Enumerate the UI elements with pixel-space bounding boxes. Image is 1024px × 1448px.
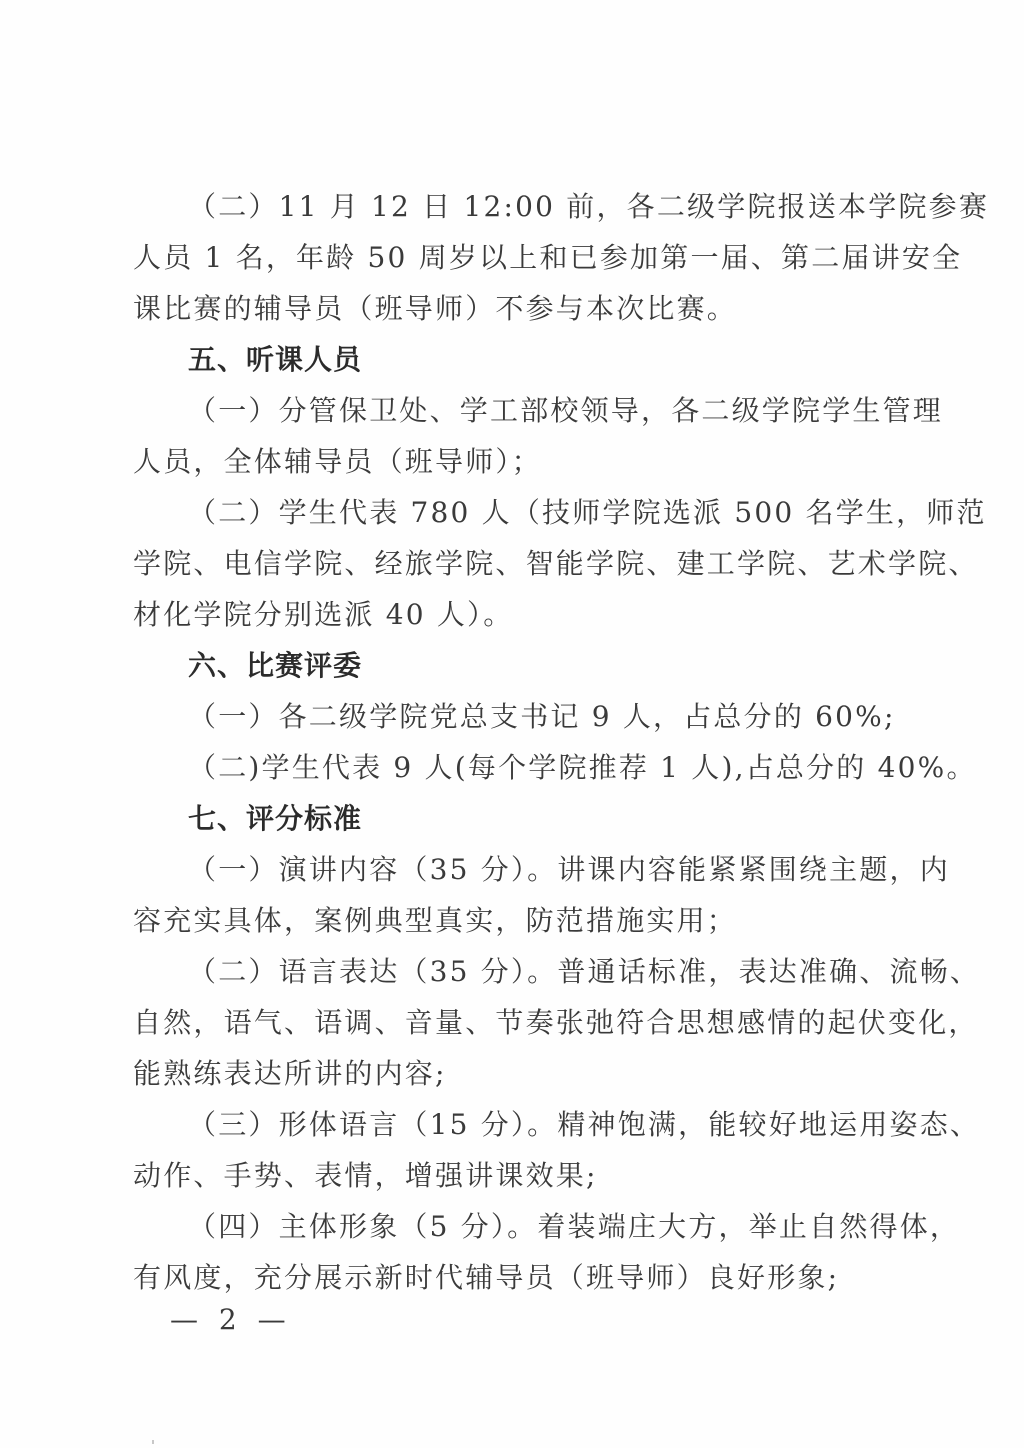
paragraph-line: （三）形体语言（15 分）。精神饱满，能较好地运用姿态、: [188, 1105, 893, 1145]
paragraph-line: 动作、手势、表情，增强讲课效果;: [133, 1156, 893, 1196]
section-heading-scoring: 七、评分标准: [188, 799, 948, 839]
document-page: （二）11 月 12 日 12:00 前，各二级学院报送本学院参赛 人员 1 名…: [0, 0, 1024, 1448]
paragraph-line: （一）分管保卫处、学工部校领导，各二级学院学生管理: [188, 391, 893, 431]
section-heading-audience: 五、听课人员: [188, 340, 948, 380]
page-number: — 2 —: [170, 1300, 292, 1340]
paragraph-line: 自然，语气、语调、音量、节奏张弛符合思想感情的起伏变化，: [133, 1003, 893, 1043]
paragraph-line: 课比赛的辅导员（班导师）不参与本次比赛。: [133, 289, 893, 329]
paragraph-line: （一）演讲内容（35 分）。讲课内容能紧紧围绕主题，内: [188, 850, 893, 890]
section-heading-judges: 六、比赛评委: [188, 646, 948, 686]
paragraph-line: 人员，全体辅导员（班导师）；: [133, 442, 893, 482]
paragraph-line: 能熟练表达所讲的内容;: [133, 1054, 893, 1094]
paragraph-line: （二)学生代表 9 人(每个学院推荐 1 人),占总分的 40%。: [188, 748, 893, 788]
paragraph-line: （一）各二级学院党总支书记 9 人，占总分的 60%;: [188, 697, 893, 737]
paragraph-line: 材化学院分别选派 40 人）。: [133, 595, 893, 635]
paragraph-line: 容充实具体，案例典型真实，防范措施实用；: [133, 901, 893, 941]
paragraph-line: （二）语言表达（35 分）。普通话标准，表达准确、流畅、: [188, 952, 893, 992]
paragraph-line: 学院、电信学院、经旅学院、智能学院、建工学院、艺术学院、: [133, 544, 893, 584]
paragraph-line: （二）学生代表 780 人（技师学院选派 500 名学生，师范: [188, 493, 893, 533]
paragraph-line: （四）主体形象（5 分）。着装端庄大方，举止自然得体，: [188, 1207, 893, 1247]
paragraph-line: 人员 1 名，年龄 50 周岁以上和已参加第一届、第二届讲安全: [133, 238, 893, 278]
scan-speck: [152, 1440, 154, 1444]
paragraph-line: （二）11 月 12 日 12:00 前，各二级学院报送本学院参赛: [188, 187, 893, 227]
paragraph-line: 有风度，充分展示新时代辅导员（班导师）良好形象;: [133, 1258, 893, 1298]
